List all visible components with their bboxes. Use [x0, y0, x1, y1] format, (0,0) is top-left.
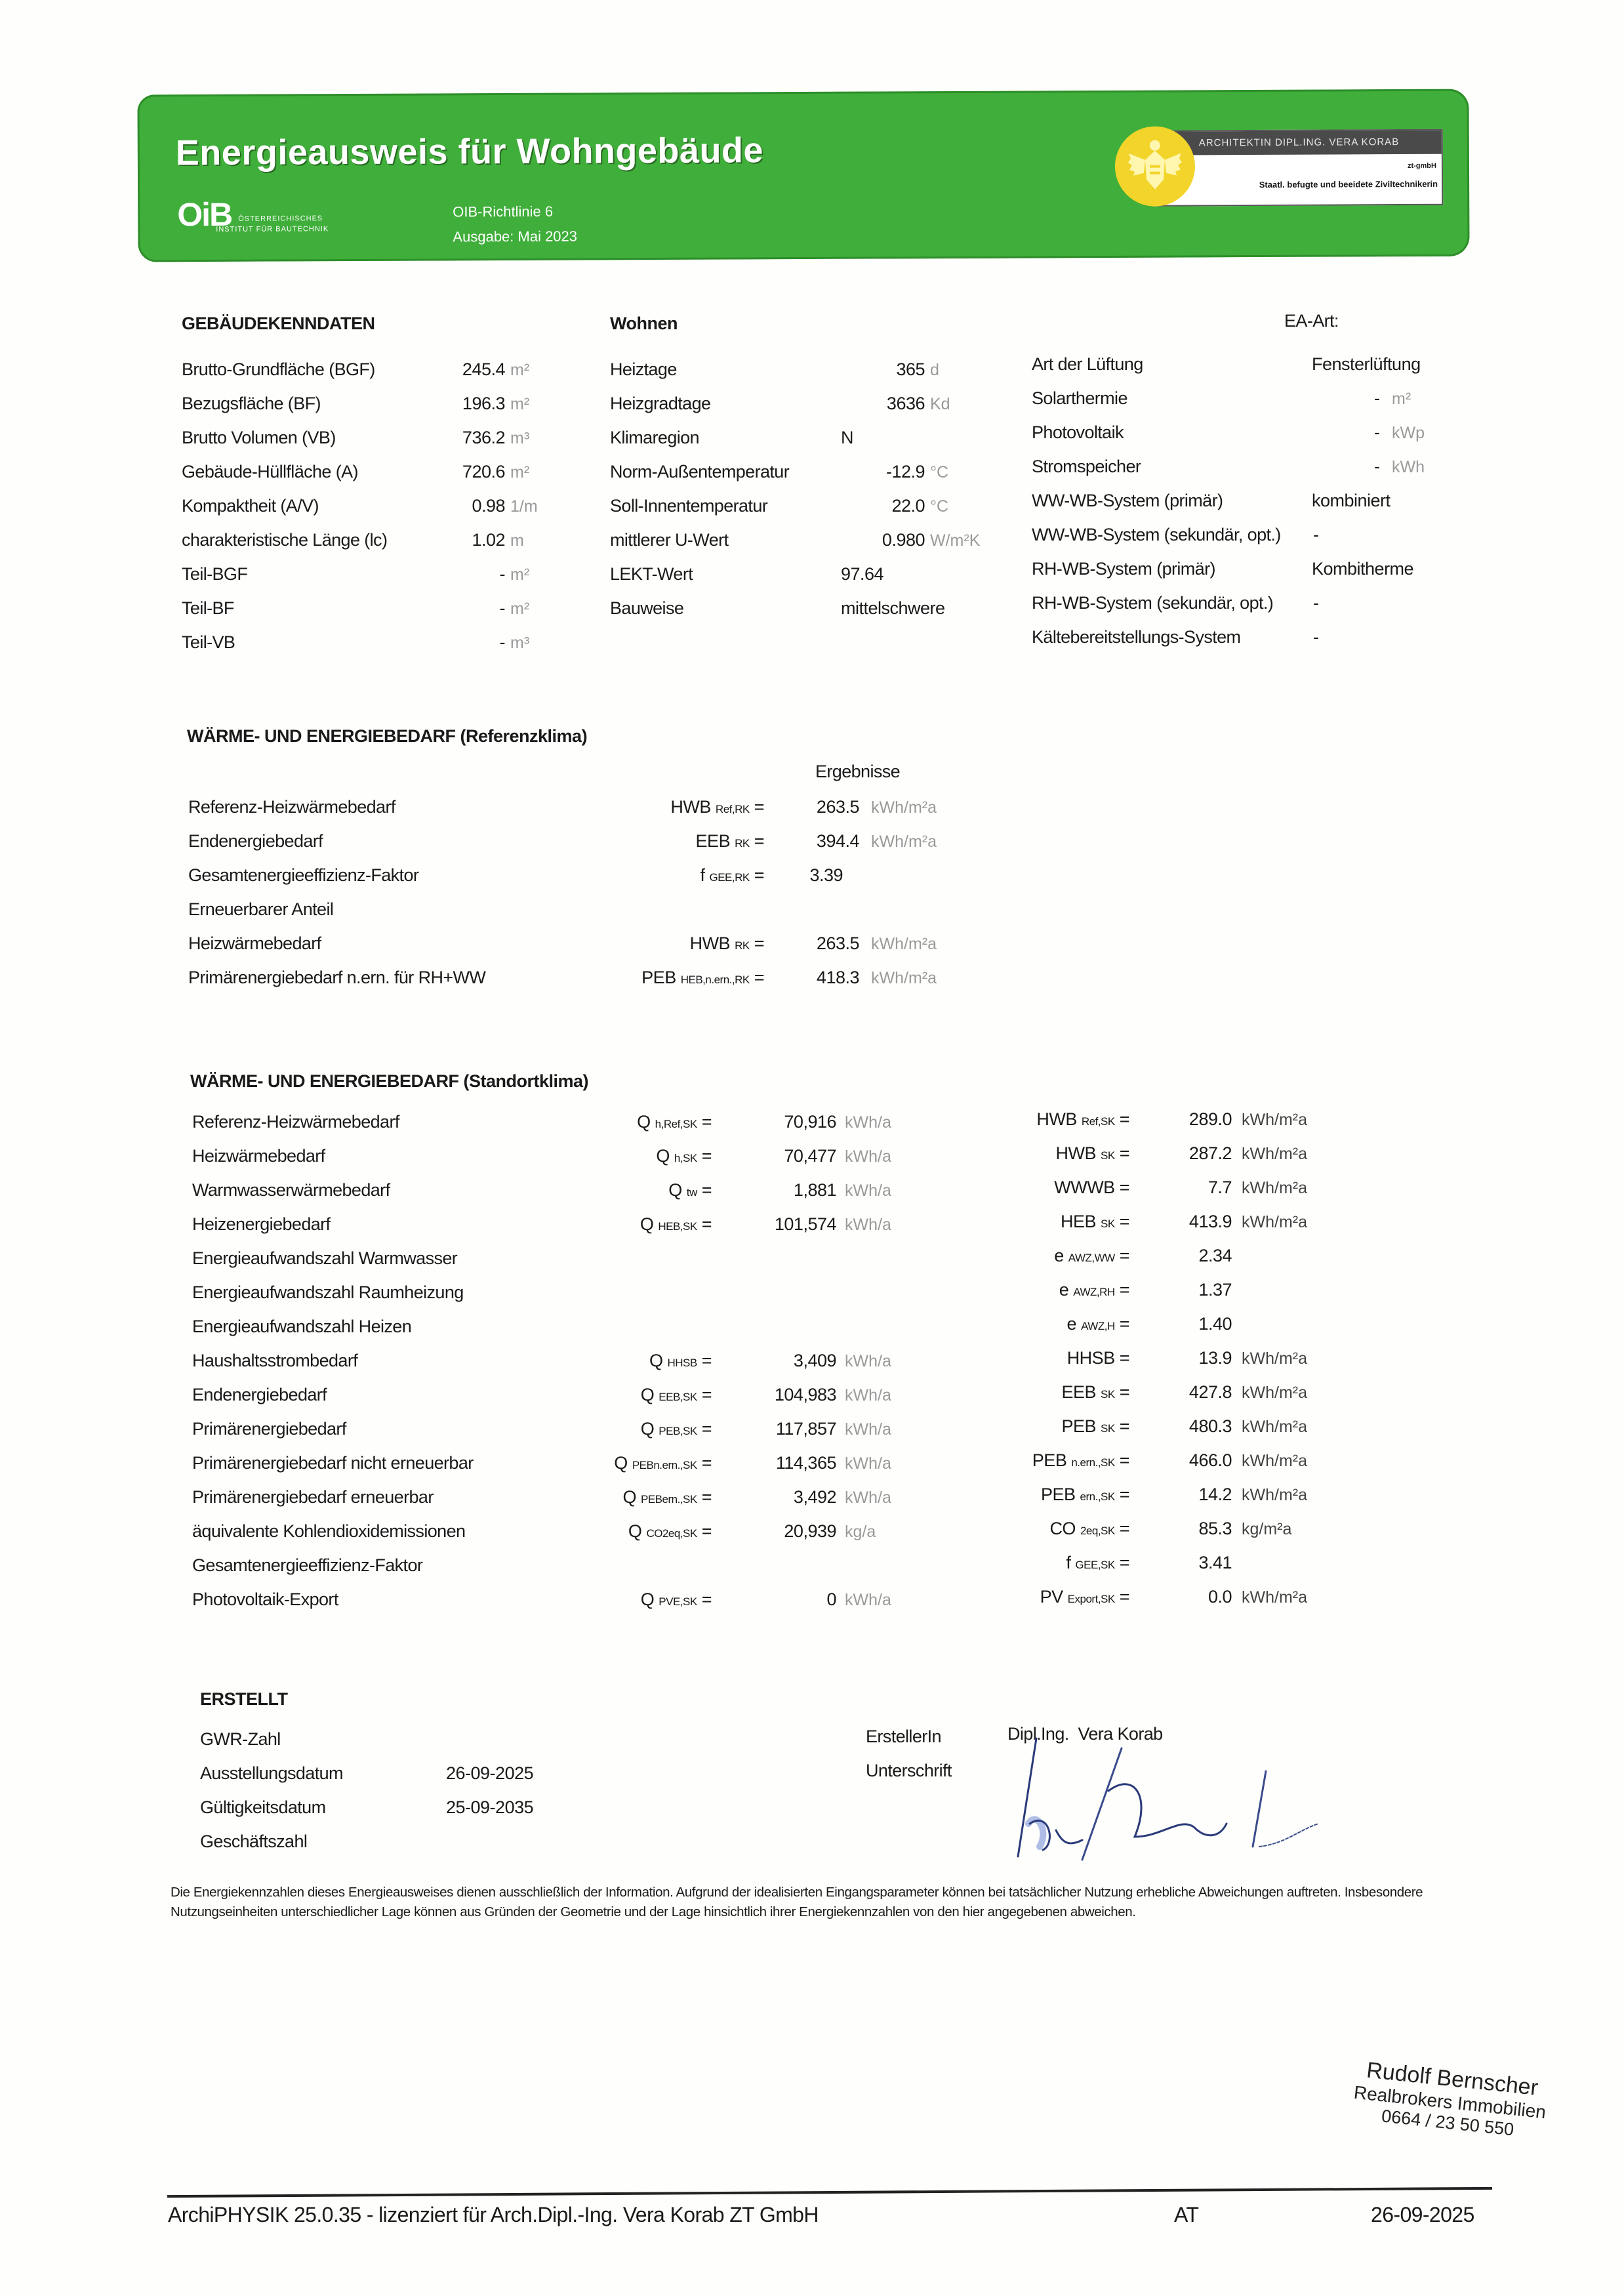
zt-stamp-description: Staatl. befugte und beeidete Ziviltechni…: [1156, 179, 1442, 190]
site-climate-specific-symbol: PEB n.ern.,SK =: [984, 1450, 1129, 1471]
equals-sign: =: [1115, 1450, 1129, 1470]
footer-software: ArchiPHYSIK 25.0.35 - lizenziert für Arc…: [168, 2203, 819, 2227]
climate-data-label: Bauweise: [610, 598, 683, 619]
system-label: Art der Lüftung: [1032, 354, 1143, 375]
system-value: -: [1313, 627, 1319, 647]
site-climate-specific-value: 427.8: [1154, 1382, 1232, 1403]
symbol-subscript: GEE,RK: [709, 871, 749, 884]
symbol-subscript: RK: [735, 837, 750, 850]
building-data-label: Teil-BGF: [182, 564, 247, 584]
equals-sign: =: [1115, 1314, 1129, 1334]
equals-sign: =: [697, 1487, 712, 1507]
system-value: -: [1374, 388, 1380, 409]
building-data-value: 245.4: [420, 359, 505, 380]
broker-stamp: Rudolf Bernscher Realbrokers Immobilien …: [1350, 2057, 1549, 2143]
symbol-main: HEB: [1061, 1212, 1096, 1231]
system-value: -: [1374, 457, 1380, 477]
symbol-subscript: CO2eq,SK: [646, 1527, 697, 1540]
site-climate-specific-value: 1.40: [1154, 1314, 1232, 1334]
climate-data-unit: W/m²K: [930, 531, 980, 550]
site-climate-specific-symbol: e AWZ,RH =: [984, 1280, 1129, 1300]
system-label: RH-WB-System (sekundär, opt.): [1032, 593, 1273, 613]
equals-sign: =: [1120, 1348, 1129, 1368]
site-climate-value: 20,939: [728, 1521, 836, 1542]
site-climate-specific-unit: kWh/m²a: [1242, 1111, 1307, 1130]
ea-art-label: EA-Art:: [1284, 311, 1339, 331]
site-climate-specific-value: 413.9: [1154, 1212, 1232, 1232]
symbol-subscript: Ref,RK: [716, 803, 750, 815]
building-data-unit: m²: [510, 463, 529, 482]
site-climate-value: 114,365: [728, 1453, 836, 1473]
site-climate-specific-value: 480.3: [1154, 1416, 1232, 1437]
equals-sign: =: [1115, 1280, 1129, 1300]
symbol-subscript: HEB,n.ern.,RK: [681, 974, 750, 986]
site-climate-label: Heizenergiebedarf: [192, 1214, 330, 1235]
site-climate-specific-value: 14.2: [1154, 1485, 1232, 1505]
symbol-main: Q: [622, 1487, 636, 1507]
equals-sign: =: [697, 1453, 712, 1473]
equals-sign: =: [1115, 1143, 1129, 1163]
climate-data-unit: °C: [930, 497, 948, 516]
building-data-label: Kompaktheit (A/V): [182, 496, 319, 516]
reference-climate-label: Endenergiebedarf: [188, 831, 323, 851]
reference-climate-label: Heizwärmebedarf: [188, 933, 321, 954]
site-climate-label: Primärenergiebedarf nicht erneuerbar: [192, 1453, 474, 1473]
site-climate-specific-symbol: f GEE,SK =: [984, 1553, 1129, 1573]
site-climate-symbol: Q h,Ref,SK =: [564, 1112, 712, 1132]
symbol-main: Q: [649, 1351, 663, 1370]
site-climate-value: 3,492: [728, 1487, 836, 1507]
site-climate-specific-value: 1.37: [1154, 1280, 1232, 1300]
symbol-subscript: HHSB: [667, 1357, 697, 1369]
site-climate-symbol: Q PVE,SK =: [564, 1589, 712, 1610]
equals-sign: =: [697, 1112, 712, 1132]
building-data-value: 736.2: [420, 428, 505, 448]
site-climate-unit: kWh/a: [845, 1216, 891, 1235]
system-label: Photovoltaik: [1032, 422, 1124, 443]
system-value: -: [1313, 593, 1319, 613]
reference-climate-symbol: HWB RK =: [577, 933, 764, 954]
system-value: kombiniert: [1312, 491, 1391, 511]
building-data-unit: m³: [510, 634, 529, 653]
created-label: GWR-Zahl: [200, 1729, 281, 1750]
site-climate-specific-symbol: e AWZ,WW =: [984, 1246, 1129, 1266]
equals-sign: =: [1115, 1519, 1129, 1538]
symbol-main: Q: [641, 1385, 655, 1404]
site-climate-symbol: Q CO2eq,SK =: [564, 1521, 712, 1542]
reference-climate-label: Erneuerbarer Anteil: [188, 899, 333, 920]
reference-climate-value: 394.4: [774, 831, 859, 851]
symbol-main: e: [1067, 1314, 1077, 1334]
site-climate-unit: kWh/a: [845, 1113, 891, 1132]
symbol-subscript: Export,SK: [1068, 1593, 1115, 1605]
climate-data-label: Klimaregion: [610, 428, 699, 448]
equals-sign: =: [697, 1589, 712, 1609]
symbol-main: EEB: [696, 831, 731, 851]
site-climate-specific-value: 466.0: [1154, 1450, 1232, 1471]
site-climate-unit: kWh/a: [845, 1454, 891, 1473]
site-climate-specific-unit: kWh/m²a: [1242, 1179, 1307, 1198]
system-label: WW-WB-System (sekundär, opt.): [1032, 525, 1281, 545]
reference-climate-unit: kWh/m²a: [871, 969, 937, 988]
equals-sign: =: [697, 1146, 712, 1166]
site-climate-title: WÄRME- UND ENERGIEBEDARF (Standortklima): [190, 1071, 588, 1092]
site-climate-specific-unit: kWh/m²a: [1242, 1418, 1307, 1437]
site-climate-label: Energieaufwandszahl Raumheizung: [192, 1282, 464, 1303]
symbol-subscript: AWZ,H: [1081, 1320, 1115, 1332]
symbol-main: WWWB: [1054, 1178, 1114, 1197]
symbol-subscript: GEE,SK: [1075, 1559, 1114, 1571]
building-data-unit: m²: [510, 361, 529, 380]
ziviltechniker-stamp: ARCHITEKTIN DIPL.ING. VERA KORAB zt-gmbH…: [1115, 125, 1450, 216]
symbol-main: e: [1054, 1246, 1064, 1265]
building-data-label: Bezugsfläche (BF): [182, 394, 321, 414]
symbol-main: Q: [668, 1180, 682, 1200]
site-climate-specific-unit: kWh/m²a: [1242, 1384, 1307, 1403]
site-climate-specific-symbol: PEB SK =: [984, 1416, 1129, 1437]
reference-climate-symbol: HWB Ref,RK =: [577, 797, 764, 817]
building-data-label: Brutto-Grundfläche (BGF): [182, 359, 375, 380]
site-climate-label: Photovoltaik-Export: [192, 1589, 338, 1610]
guideline-name: OIB-Richtlinie 6: [453, 199, 577, 225]
reference-climate-unit: kWh/m²a: [871, 935, 937, 954]
climate-data-value: 97.64: [841, 564, 883, 584]
zt-stamp-name: ARCHITEKTIN DIPL.ING. VERA KORAB: [1156, 131, 1442, 155]
equals-sign: =: [697, 1419, 712, 1439]
site-climate-specific-unit: kWh/m²a: [1242, 1145, 1307, 1164]
equals-sign: =: [1115, 1246, 1129, 1265]
symbol-subscript: PEB,SK: [659, 1425, 697, 1437]
symbol-main: Q: [656, 1146, 670, 1166]
site-climate-unit: kWh/a: [845, 1488, 891, 1507]
site-climate-label: äquivalente Kohlendioxidemissionen: [192, 1521, 465, 1542]
building-data-unit: m³: [510, 429, 529, 448]
climate-data-value: mittelschwere: [841, 598, 945, 619]
symbol-subscript: AWZ,RH: [1073, 1286, 1114, 1298]
climate-data-unit: °C: [930, 463, 948, 482]
site-climate-specific-unit: kg/m²a: [1242, 1520, 1291, 1539]
footer-divider: [167, 2187, 1492, 2198]
building-data-value: -: [420, 564, 505, 584]
symbol-main: EEB: [1061, 1382, 1096, 1402]
creator-label: ErstellerIn: [866, 1727, 941, 1747]
building-data-unit: m²: [510, 395, 529, 414]
site-climate-label: Heizwärmebedarf: [192, 1146, 325, 1166]
climate-data-value: 0.980: [833, 530, 925, 550]
symbol-subscript: RK: [735, 939, 750, 952]
site-climate-symbol: Q h,SK =: [564, 1146, 712, 1166]
reference-climate-value: 418.3: [774, 968, 859, 988]
site-climate-label: Energieaufwandszahl Warmwasser: [192, 1248, 457, 1269]
symbol-subscript: h,SK: [674, 1152, 697, 1164]
symbol-main: HWB: [690, 933, 731, 953]
site-climate-symbol: Q tw =: [564, 1180, 712, 1200]
symbol-subscript: Ref,SK: [1082, 1115, 1115, 1128]
site-climate-specific-symbol: HHSB =: [984, 1348, 1129, 1368]
site-climate-specific-symbol: HWB SK =: [984, 1143, 1129, 1164]
equals-sign: =: [697, 1214, 712, 1234]
site-climate-specific-symbol: PV Export,SK =: [984, 1587, 1129, 1607]
site-climate-value: 3,409: [728, 1351, 836, 1371]
site-climate-specific-symbol: e AWZ,H =: [984, 1314, 1129, 1334]
symbol-subscript: HEB,SK: [658, 1220, 697, 1233]
building-data-unit: m: [510, 531, 524, 550]
building-data-unit: 1/m: [510, 497, 538, 516]
created-label: Ausstellungsdatum: [200, 1763, 343, 1784]
symbol-main: CO: [1049, 1519, 1076, 1538]
reference-climate-symbol: EEB RK =: [577, 831, 764, 851]
equals-sign: =: [1115, 1485, 1129, 1504]
guideline-edition: Ausgabe: Mai 2023: [453, 224, 577, 250]
site-climate-specific-value: 0.0: [1154, 1587, 1232, 1607]
climate-data-label: LEKT-Wert: [610, 564, 693, 584]
site-climate-specific-value: 13.9: [1154, 1348, 1232, 1368]
system-value: Fensterlüftung: [1312, 354, 1421, 375]
handwritten-signature: [1010, 1732, 1430, 1863]
building-data-value: 196.3: [420, 394, 505, 414]
footer-country: AT: [1174, 2203, 1198, 2227]
site-climate-specific-unit: kWh/m²a: [1242, 1588, 1307, 1607]
reference-climate-symbol: PEB HEB,n.ern.,RK =: [577, 968, 764, 988]
equals-sign: =: [1115, 1553, 1129, 1572]
symbol-subscript: SK: [1101, 1218, 1115, 1230]
site-climate-symbol: Q HHSB =: [564, 1351, 712, 1371]
site-climate-unit: kWh/a: [845, 1147, 891, 1166]
site-climate-specific-symbol: EEB SK =: [984, 1382, 1129, 1403]
equals-sign: =: [697, 1351, 712, 1370]
equals-sign: =: [697, 1385, 712, 1404]
site-climate-unit: kWh/a: [845, 1352, 891, 1371]
building-data-label: Brutto Volumen (VB): [182, 428, 336, 448]
equals-sign: =: [1120, 1178, 1129, 1197]
equals-sign: =: [750, 933, 764, 953]
system-unit: kWh: [1392, 458, 1425, 477]
created-value: 26-09-2025: [446, 1763, 533, 1784]
site-climate-symbol: Q EEB,SK =: [564, 1385, 712, 1405]
building-data-label: Gebäude-Hüllfläche (A): [182, 462, 358, 482]
disclaimer-text: Die Energiekennzahlen dieses Energieausw…: [171, 1883, 1456, 1922]
system-label: RH-WB-System (primär): [1032, 559, 1215, 579]
site-climate-specific-symbol: WWWB =: [984, 1178, 1129, 1198]
equals-sign: =: [1115, 1587, 1129, 1607]
reference-climate-value: 263.5: [774, 933, 859, 954]
site-climate-value: 101,574: [728, 1214, 836, 1235]
climate-data-value: 22.0: [833, 496, 925, 516]
site-climate-value: 0: [728, 1589, 836, 1610]
site-climate-specific-value: 3.41: [1154, 1553, 1232, 1573]
symbol-subscript: ern.,SK: [1080, 1490, 1115, 1503]
symbol-subscript: 2eq,SK: [1080, 1525, 1115, 1537]
symbol-main: Q: [640, 1214, 654, 1234]
site-climate-specific-unit: kWh/m²a: [1242, 1349, 1307, 1368]
climate-data-value: N: [841, 428, 853, 448]
building-data-value: -: [420, 632, 505, 653]
site-climate-label: Energieaufwandszahl Heizen: [192, 1317, 411, 1337]
system-label: WW-WB-System (primär): [1032, 491, 1223, 511]
site-climate-symbol: Q PEB,SK =: [564, 1419, 712, 1439]
climate-data-label: Heiztage: [610, 359, 677, 380]
building-data-label: Teil-VB: [182, 632, 235, 653]
document-title: Energieausweis für Wohngebäude: [176, 130, 763, 173]
reference-climate-symbol: f GEE,RK =: [577, 865, 764, 886]
symbol-main: HWB: [670, 797, 711, 817]
site-climate-unit: kWh/a: [845, 1386, 891, 1405]
symbol-subscript: SK: [1101, 1422, 1115, 1435]
symbol-subscript: PEBn.ern.,SK: [632, 1459, 697, 1471]
oib-logo-subtitle: ÖSTERREICHISCHES INSTITUT FÜR BAUTECHNIK: [238, 213, 329, 235]
system-label: Solarthermie: [1032, 388, 1127, 409]
site-climate-unit: kWh/a: [845, 1591, 891, 1610]
symbol-main: HWB: [1036, 1109, 1077, 1129]
climate-data-label: mittlerer U-Wert: [610, 530, 728, 550]
reference-climate-value: 263.5: [774, 797, 859, 817]
site-climate-label: Primärenergiebedarf: [192, 1419, 346, 1439]
equals-sign: =: [750, 797, 764, 817]
climate-data-value: 3636: [833, 394, 925, 414]
symbol-main: PEB: [1041, 1485, 1076, 1504]
climate-data-label: Norm-Außentemperatur: [610, 462, 789, 482]
reference-climate-unit: kWh/m²a: [871, 798, 937, 817]
system-unit: m²: [1392, 390, 1411, 409]
site-climate-label: Gesamtenergieeffizienz-Faktor: [192, 1555, 422, 1576]
energy-certificate-page: Energieausweis für Wohngebäude OiB ÖSTER…: [0, 0, 1624, 2296]
climate-data-unit: d: [930, 361, 939, 380]
climate-data-unit: Kd: [930, 395, 950, 414]
system-value: -: [1313, 525, 1319, 545]
system-value: Kombitherme: [1312, 559, 1413, 579]
symbol-main: PEB: [1032, 1450, 1067, 1470]
climate-data-label: Soll-Innentemperatur: [610, 496, 767, 516]
equals-sign: =: [750, 831, 764, 851]
system-label: Stromspeicher: [1032, 457, 1141, 477]
site-climate-specific-unit: kWh/m²a: [1242, 1213, 1307, 1232]
system-value: -: [1374, 422, 1380, 443]
site-climate-label: Endenergiebedarf: [192, 1385, 327, 1405]
symbol-main: Q: [637, 1112, 651, 1132]
symbol-main: f: [700, 865, 704, 885]
site-climate-symbol: Q HEB,SK =: [564, 1214, 712, 1235]
symbol-main: Q: [614, 1453, 628, 1473]
site-climate-label: Primärenergiebedarf erneuerbar: [192, 1487, 434, 1507]
reference-climate-label: Referenz-Heizwärmebedarf: [188, 797, 396, 817]
symbol-main: PV: [1040, 1587, 1063, 1607]
site-climate-specific-value: 85.3: [1154, 1519, 1232, 1539]
site-climate-symbol: Q PEBn.ern.,SK =: [564, 1453, 712, 1473]
reference-climate-unit: kWh/m²a: [871, 832, 937, 851]
symbol-subscript: tw: [687, 1186, 697, 1199]
site-climate-value: 70,477: [728, 1146, 836, 1166]
site-climate-specific-symbol: PEB ern.,SK =: [984, 1485, 1129, 1505]
site-climate-value: 70,916: [728, 1112, 836, 1132]
climate-data-label: Heizgradtage: [610, 394, 710, 414]
equals-sign: =: [1115, 1109, 1129, 1129]
site-climate-specific-value: 7.7: [1154, 1178, 1232, 1198]
site-climate-specific-value: 2.34: [1154, 1246, 1232, 1266]
reference-climate-label: Primärenergiebedarf n.ern. für RH+WW: [188, 968, 485, 988]
site-climate-value: 104,983: [728, 1385, 836, 1405]
reference-climate-label: Gesamtenergieeffizienz-Faktor: [188, 865, 418, 886]
symbol-subscript: AWZ,WW: [1068, 1252, 1115, 1264]
climate-data-value: -12.9: [833, 462, 925, 482]
results-header: Ergebnisse: [815, 762, 900, 782]
usage-category-title: Wohnen: [610, 314, 678, 334]
symbol-main: PEB: [641, 968, 676, 987]
site-climate-specific-unit: kWh/m²a: [1242, 1452, 1307, 1471]
site-climate-unit: kg/a: [845, 1523, 876, 1542]
building-data-unit: m²: [510, 600, 529, 619]
symbol-subscript: SK: [1101, 1388, 1115, 1401]
building-data-label: charakteristische Länge (lc): [182, 530, 387, 550]
symbol-main: Q: [628, 1521, 642, 1541]
site-climate-value: 1,881: [728, 1180, 836, 1200]
site-climate-specific-symbol: HWB Ref,SK =: [984, 1109, 1129, 1130]
created-label: Gültigkeitsdatum: [200, 1797, 326, 1818]
equals-sign: =: [1115, 1416, 1129, 1436]
climate-data-value: 365: [833, 359, 925, 380]
equals-sign: =: [697, 1180, 712, 1200]
symbol-main: f: [1066, 1553, 1070, 1572]
symbol-subscript: PEBern.,SK: [641, 1493, 697, 1506]
building-data-title: GEBÄUDEKENNDATEN: [182, 314, 375, 334]
created-title: ERSTELLT: [200, 1689, 288, 1710]
site-climate-label: Referenz-Heizwärmebedarf: [192, 1112, 399, 1132]
footer-date: 26-09-2025: [1371, 2203, 1474, 2227]
guideline-info: OIB-Richtlinie 6 Ausgabe: Mai 2023: [453, 199, 577, 250]
signature-label: Unterschrift: [866, 1761, 952, 1781]
building-data-value: 0.98: [420, 496, 505, 516]
created-label: Geschäftszahl: [200, 1832, 307, 1852]
equals-sign: =: [1115, 1212, 1129, 1231]
building-data-value: -: [420, 598, 505, 619]
building-data-value: 1.02: [420, 530, 505, 550]
site-climate-specific-value: 287.2: [1154, 1143, 1232, 1164]
site-climate-symbol: Q PEBern.,SK =: [564, 1487, 712, 1507]
site-climate-label: Warmwasserwärmebedarf: [192, 1180, 390, 1200]
system-unit: kWp: [1392, 424, 1425, 443]
symbol-subscript: n.ern.,SK: [1071, 1456, 1114, 1469]
symbol-main: Q: [641, 1419, 655, 1439]
equals-sign: =: [750, 968, 764, 987]
equals-sign: =: [697, 1521, 712, 1541]
symbol-main: HHSB: [1067, 1348, 1115, 1368]
site-climate-unit: kWh/a: [845, 1420, 891, 1439]
zt-stamp-company: zt-gmbH: [1156, 162, 1442, 171]
symbol-main: e: [1059, 1280, 1069, 1300]
site-climate-specific-value: 289.0: [1154, 1109, 1232, 1130]
building-data-value: 720.6: [420, 462, 505, 482]
equals-sign: =: [1115, 1382, 1129, 1402]
header-banner: Energieausweis für Wohngebäude OiB ÖSTER…: [137, 89, 1469, 262]
site-climate-specific-symbol: HEB SK =: [984, 1212, 1129, 1232]
symbol-main: PEB: [1061, 1416, 1096, 1436]
symbol-subscript: h,Ref,SK: [655, 1118, 697, 1130]
site-climate-value: 117,857: [728, 1419, 836, 1439]
building-data-label: Teil-BF: [182, 598, 234, 619]
site-climate-specific-unit: kWh/m²a: [1242, 1486, 1307, 1505]
created-value: 25-09-2035: [446, 1797, 533, 1818]
symbol-subscript: PVE,SK: [659, 1595, 697, 1608]
reference-climate-title: WÄRME- UND ENERGIEBEDARF (Referenzklima): [187, 726, 587, 747]
building-data-unit: m²: [510, 565, 529, 584]
site-climate-specific-symbol: CO 2eq,SK =: [984, 1519, 1129, 1539]
symbol-main: HWB: [1056, 1143, 1097, 1163]
site-climate-label: Haushaltsstrombedarf: [192, 1351, 357, 1371]
oib-logo: OiB ÖSTERREICHISCHES INSTITUT FÜR BAUTEC…: [177, 199, 329, 235]
reference-climate-value: 3.39: [758, 865, 843, 886]
austrian-eagle-icon: [1115, 126, 1196, 207]
system-label: Kältebereitstellungs-System: [1032, 627, 1240, 647]
site-climate-unit: kWh/a: [845, 1181, 891, 1200]
